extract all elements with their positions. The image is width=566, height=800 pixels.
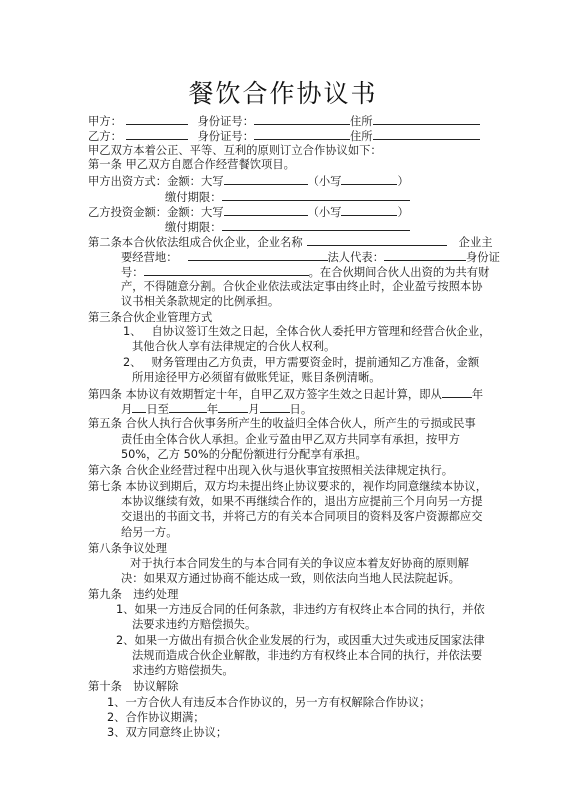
party-b-deadline-label: 缴付期限： bbox=[165, 221, 222, 234]
party-b-id-label: 身份证号： bbox=[198, 130, 255, 143]
article-10-item-3: 3、双方同意终止协议； bbox=[107, 725, 227, 740]
party-a-id-field[interactable] bbox=[254, 113, 350, 125]
article-8-heading: 第八条争议处理 bbox=[88, 541, 167, 556]
party-b-name-field[interactable] bbox=[126, 128, 188, 140]
article-4-text: 第四条 本协议有效期暂定十年，自甲乙双方签字生效之日起计算，即从 bbox=[88, 388, 442, 401]
intro-text: 甲乙双方本着公正、平等、互利的原则订立合作协议如下： bbox=[88, 143, 382, 158]
business-address-field[interactable] bbox=[188, 249, 328, 261]
party-b-address-label: 住所 bbox=[350, 130, 373, 143]
article-4-line-2: 月日至年月日。 bbox=[121, 401, 312, 416]
party-a-deadline-label: 缴付期限： bbox=[165, 191, 222, 204]
legal-rep-field[interactable] bbox=[384, 249, 466, 261]
party-b-amount-uppercase-field[interactable] bbox=[224, 204, 308, 216]
article-3-heading: 第三条合伙企业管理方式 bbox=[88, 310, 212, 325]
end-year-field[interactable] bbox=[169, 401, 207, 413]
start-day-field[interactable] bbox=[132, 401, 146, 413]
day-label: 日。 bbox=[290, 403, 313, 416]
document-title: 餐饮合作协议书 bbox=[0, 74, 566, 110]
party-a-amount-uppercase-field[interactable] bbox=[224, 173, 308, 185]
article-3-item-1-line-2: 其他合伙人享有法律规定的合伙人权利。 bbox=[132, 339, 335, 354]
party-a-id-label: 身份证号： bbox=[198, 115, 255, 128]
article-1-heading: 第一条 甲乙双方自愿合作经营餐饮项目。 bbox=[88, 157, 295, 172]
year-label: 年 bbox=[472, 388, 483, 401]
party-a-name-field[interactable] bbox=[126, 113, 188, 125]
party-a-investment-line: 甲方出资方式：金额：大写（小写） bbox=[88, 173, 409, 188]
month-label: 月 bbox=[248, 403, 259, 416]
article-5-line-1: 第五条 合伙人执行合伙事务所产生的收益归全体合伙人，所产生的亏损或民事 bbox=[88, 416, 476, 431]
article-7-line-3: 交退出的书面文书，并将己方的有关本合同项目的资料及客户资源都应交 bbox=[121, 509, 483, 524]
article-9-item-2-line-2: 法规而造成合伙企业解散，非违约方有权终止本合同的执行，并依法要 bbox=[132, 648, 482, 663]
party-a-label: 甲方： bbox=[88, 115, 122, 128]
party-a-address-label: 住所 bbox=[350, 115, 373, 128]
article-2-text: 第二条本合伙依法组成合伙企业，企业名称 bbox=[88, 236, 303, 249]
start-year-field[interactable] bbox=[442, 386, 472, 398]
item-number: 2、 bbox=[123, 356, 142, 369]
party-a-deadline-line: 缴付期限： bbox=[165, 189, 410, 204]
article-2-line-3: 号：。在合伙期间合伙人出资的为共有财 bbox=[121, 264, 489, 279]
day-to-label: 日至 bbox=[146, 403, 169, 416]
lowercase-label: （小写 bbox=[308, 175, 342, 188]
lowercase-label: （小写 bbox=[308, 206, 342, 219]
article-2-text: 。在合伙期间合伙人出资的为共有财 bbox=[309, 266, 490, 279]
article-9-item-1-line-1: 1、如果一方违反合同的任何条款，非违约方有权终止本合同的执行，并依 bbox=[116, 602, 485, 617]
end-month-field[interactable] bbox=[218, 401, 248, 413]
article-7-line-4: 给另一方。 bbox=[121, 525, 178, 540]
id-number-label-cont: 号： bbox=[121, 266, 144, 279]
party-b-deadline-line: 缴付期限： bbox=[165, 219, 410, 234]
article-9-item-2-line-1: 2、如果一方做出有损合伙企业发展的行为，或因重大过失或违反国家法律 bbox=[116, 633, 485, 648]
article-2-line-5: 议书相关条款规定的比例承担。 bbox=[121, 294, 279, 309]
article-8-line-1: 对于执行本合同发生的与本合同有关的争议应本着友好协商的原则解 bbox=[130, 556, 469, 571]
party-b-investment-label: 乙方投资金额：金额：大写 bbox=[88, 206, 224, 219]
party-a-investment-label: 甲方出资方式：金额：大写 bbox=[88, 175, 224, 188]
article-3-item-1-line-1: 1、自协议签订生效之日起，全体合伙人委托甲方管理和经营合伙企业， bbox=[123, 324, 490, 339]
item-number: 1、 bbox=[123, 325, 142, 338]
article-9-item-1-line-2: 法要求违约方赔偿损失。 bbox=[132, 617, 256, 632]
article-2-line-1: 第二条本合伙依法组成合伙企业，企业名称企业主 bbox=[88, 234, 493, 249]
party-b-label: 乙方： bbox=[88, 130, 122, 143]
party-a-line: 甲方： 身份证号：住所 bbox=[88, 113, 480, 128]
legal-rep-label: 法人代表： bbox=[328, 251, 385, 264]
item-text: 自协议签订生效之日起，全体合伙人委托甲方管理和经营合伙企业， bbox=[152, 325, 491, 338]
article-4-line-1: 第四条 本协议有效期暂定十年，自甲乙双方签字生效之日起计算，即从年 bbox=[88, 386, 483, 401]
party-b-amount-lowercase-field[interactable] bbox=[341, 204, 397, 216]
item-text: 财务管理由乙方负责，甲方需要资金时，提前通知乙方准备，金额 bbox=[152, 356, 480, 369]
article-7-line-1: 第七条 本协议到期后，双方均未提出终止协议要求的，视作均同意继续本协议， bbox=[88, 479, 487, 494]
year-label: 年 bbox=[207, 403, 218, 416]
month-label: 月 bbox=[121, 403, 132, 416]
party-b-line: 乙方： 身份证号：住所 bbox=[88, 128, 480, 143]
article-5-line-3: 50%，乙方 50%的分配份额进行分配享有承担。 bbox=[121, 447, 367, 462]
party-a-deadline-field[interactable] bbox=[222, 189, 410, 201]
party-b-address-field[interactable] bbox=[373, 128, 480, 140]
lowercase-close: ） bbox=[397, 206, 408, 219]
article-6-line-1: 第六条 合伙企业经营过程中出现入伙与退伙事宜按照相关法律规定执行。 bbox=[88, 463, 453, 478]
party-a-address-field[interactable] bbox=[373, 113, 480, 125]
end-day-field[interactable] bbox=[260, 401, 290, 413]
party-b-id-field[interactable] bbox=[254, 128, 350, 140]
business-address-label: 要经营地： bbox=[121, 251, 178, 264]
article-7-line-2: 本协议继续有效，如果不再继续合作的，退出方应提前三个月向另一方提 bbox=[121, 494, 483, 509]
article-2-line-2: 要经营地：法人代表：身份证 bbox=[121, 249, 500, 264]
article-2-text: 企业主 bbox=[459, 236, 493, 249]
article-3-item-2-line-1: 2、财务管理由乙方负责，甲方需要资金时，提前通知乙方准备，金额 bbox=[123, 355, 479, 370]
article-5-line-2: 责任由全体合伙人承担。企业亏盈由甲乙双方共同享有承担，按甲方 bbox=[121, 432, 460, 447]
party-b-deadline-field[interactable] bbox=[222, 219, 410, 231]
enterprise-name-field[interactable] bbox=[307, 234, 447, 246]
id-number-label: 身份证 bbox=[466, 251, 500, 264]
article-3-item-2-line-2: 所用途径甲方必须留有做账凭证，账目条例清晰。 bbox=[132, 370, 381, 385]
lowercase-close: ） bbox=[397, 175, 408, 188]
article-2-line-4: 产，不得随意分割。合伙企业依法或法定事由终止时，企业盈亏按照本协 bbox=[121, 279, 483, 294]
article-10-item-2: 2、合作协议期满； bbox=[107, 710, 205, 725]
article-9-item-2-line-3: 求违约方赔偿损失。 bbox=[132, 663, 234, 678]
legal-rep-id-field[interactable] bbox=[144, 264, 309, 276]
article-9-heading: 第九条 违约处理 bbox=[88, 587, 178, 602]
article-8-line-2: 决：如果双方通过协商不能达成一致，则依法向当地人民法院起诉。 bbox=[121, 571, 460, 586]
article-10-item-1: 1、一方合伙人有违反本合作协议的，另一方有权解除合作协议； bbox=[107, 695, 431, 710]
party-b-investment-line: 乙方投资金额：金额：大写（小写） bbox=[88, 204, 409, 219]
party-a-amount-lowercase-field[interactable] bbox=[341, 173, 397, 185]
article-10-heading: 第十条 协议解除 bbox=[88, 679, 178, 694]
